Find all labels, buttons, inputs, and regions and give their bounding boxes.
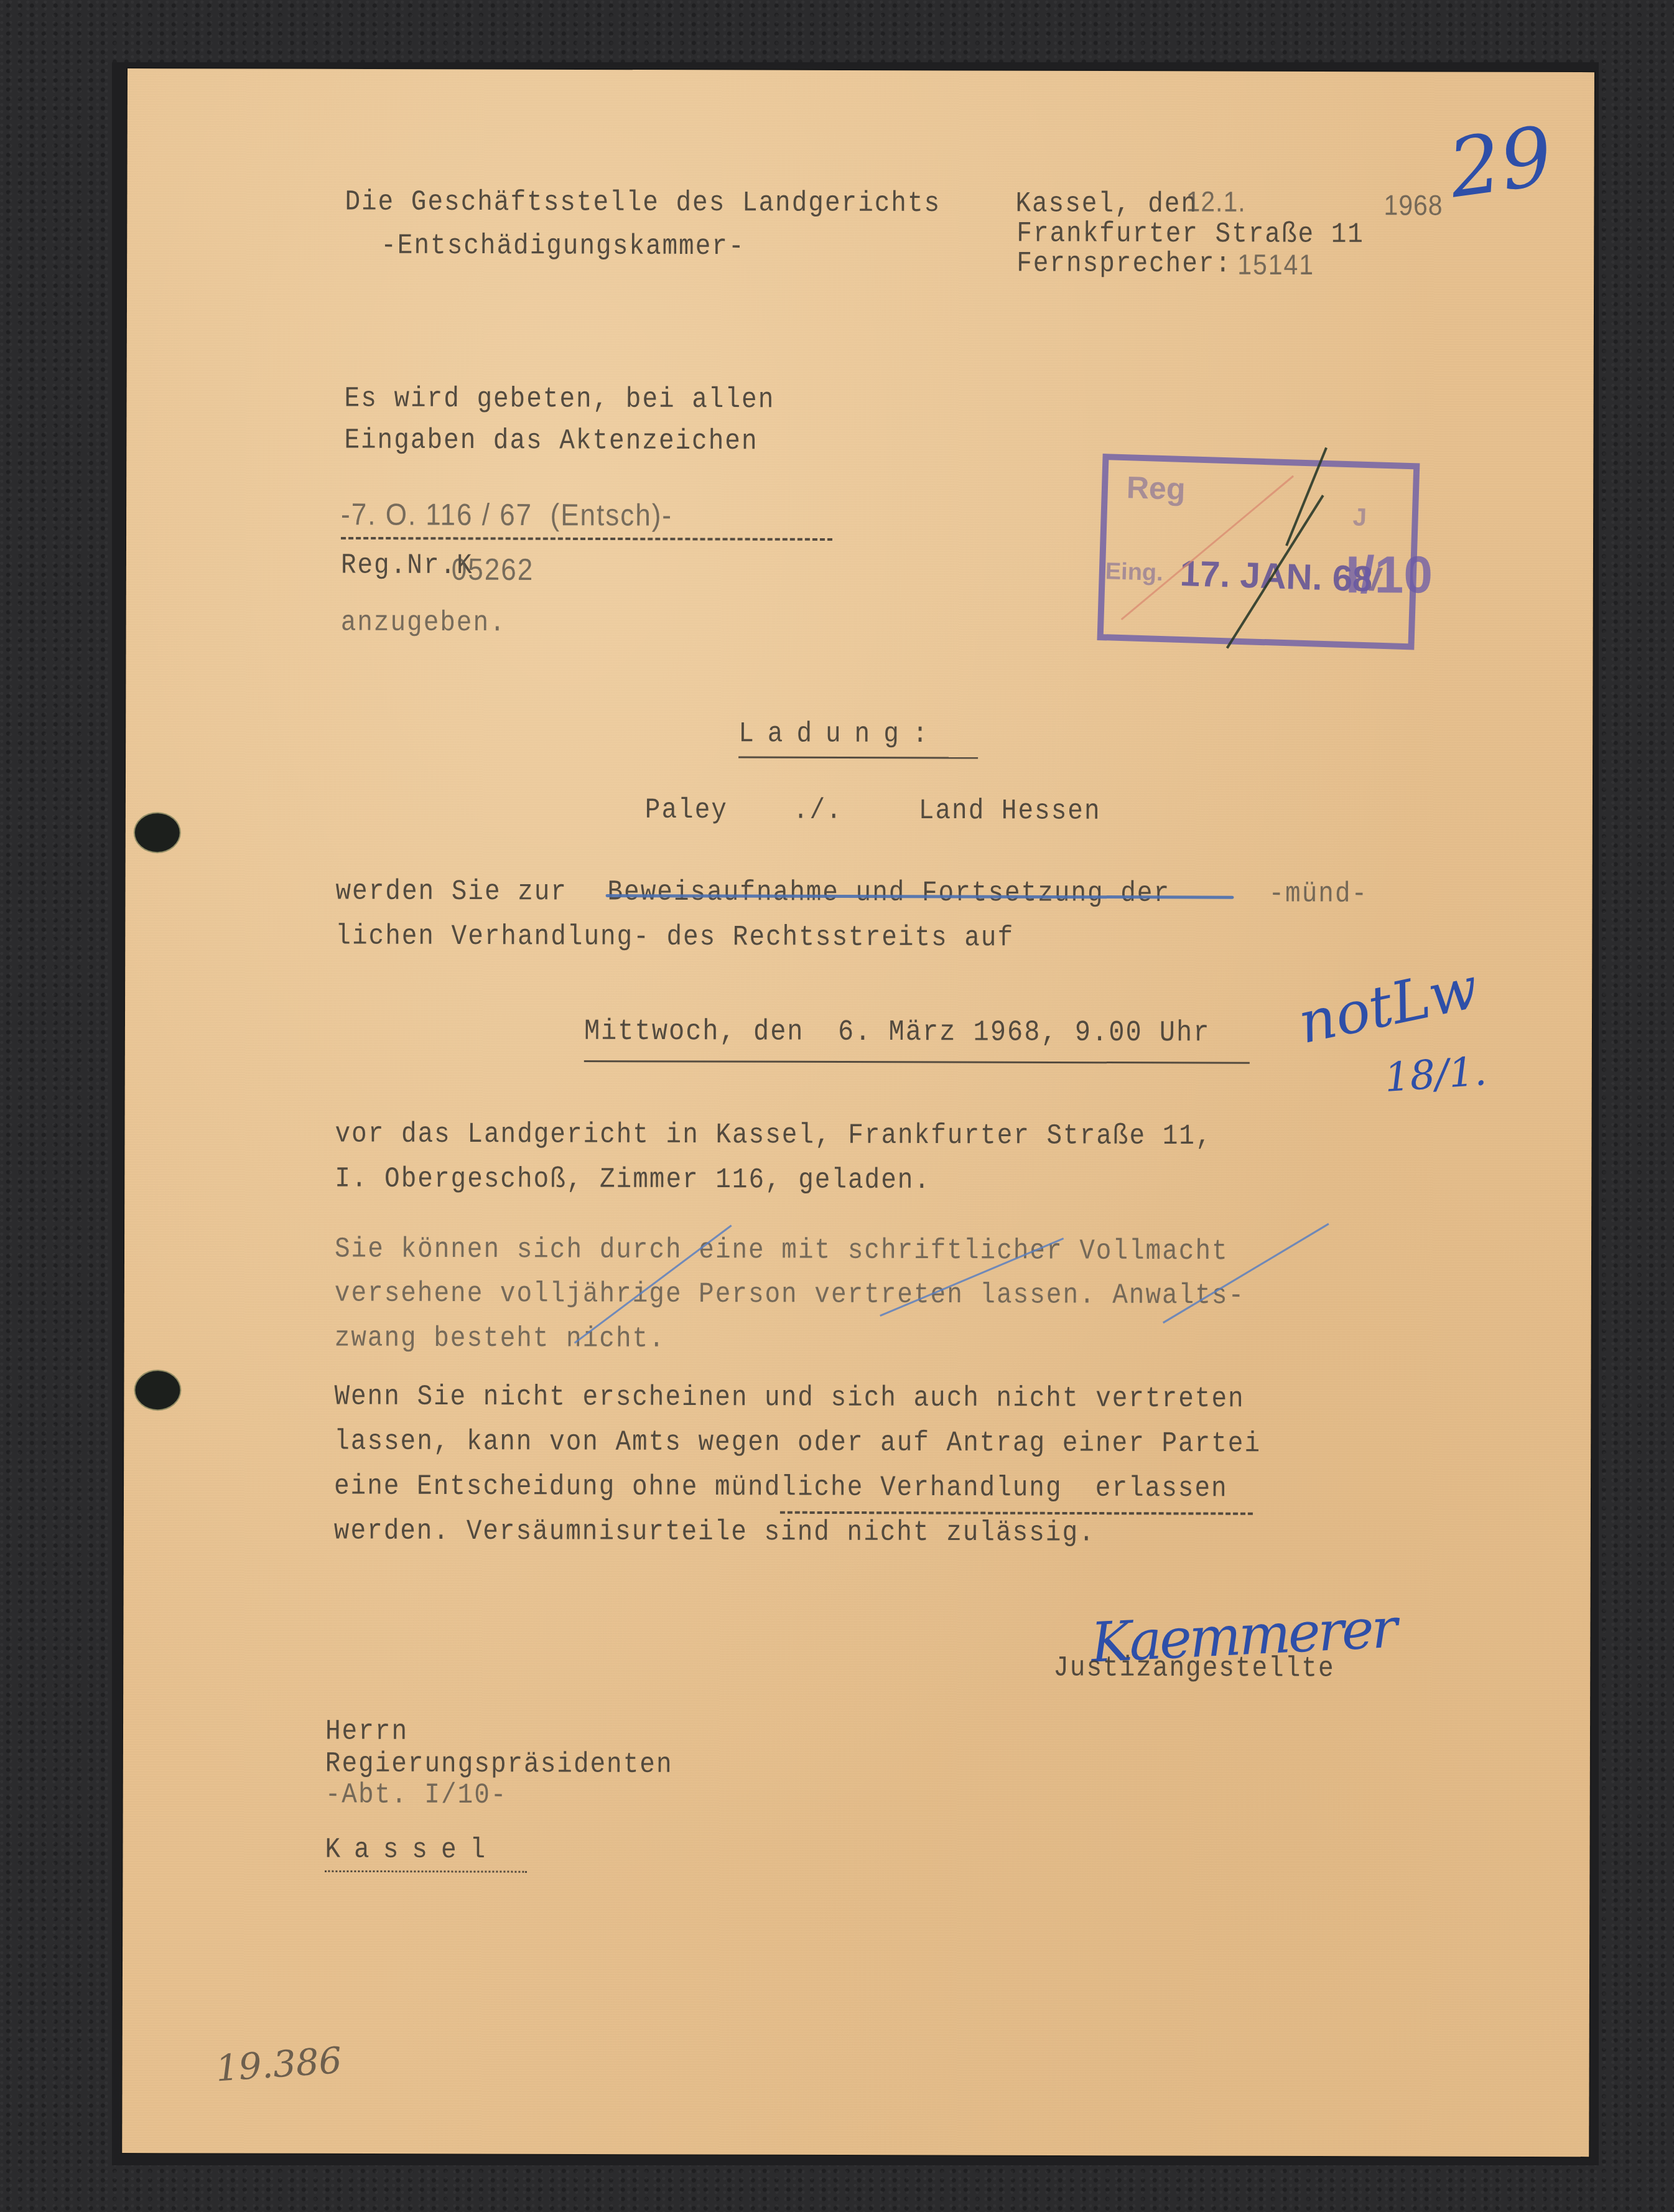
oral-hearing-underline xyxy=(780,1511,1253,1515)
punch-hole-bottom xyxy=(135,1371,180,1409)
file-number: -7. O. 116 / 67 (Entsch)- xyxy=(341,500,672,531)
hearing-datetime: Mittwoch, den 6. März 1968, 9.00 Uhr xyxy=(584,1017,1211,1048)
representation-line1: Sie können sich durch eine mit schriftli… xyxy=(335,1236,1229,1267)
phone-label: Fernsprecher: xyxy=(1016,250,1232,279)
addressee-salutation: Herrn xyxy=(325,1718,408,1747)
reference-instruction-end: anzugeben. xyxy=(341,609,506,638)
pencil-note: 19.386 xyxy=(215,2042,343,2086)
folio-number: 29 xyxy=(1444,115,1558,209)
addressee-name: Regierungspräsidenten xyxy=(325,1750,673,1780)
reference-instruction-line2: Eingaben das Aktenzeichen xyxy=(344,427,758,457)
representation-line3: zwang besteht nicht. xyxy=(335,1325,666,1354)
year: 1968 xyxy=(1383,191,1443,220)
signatory-title: Justizangestellte xyxy=(1053,1654,1334,1684)
document-title: Ladung: xyxy=(738,721,941,750)
reference-instruction-line1: Es wird gebeten, bei allen xyxy=(345,385,775,415)
default-line4: werden. Versäumnisurteile sind nicht zul… xyxy=(334,1518,1095,1548)
summons-struck-text: Beweisaufnahme und Fortsetzung der xyxy=(607,879,1170,908)
summons-line1-end: -münd- xyxy=(1268,880,1368,909)
phone-number: 15141 xyxy=(1237,251,1314,279)
handwritten-annotation: notLw xyxy=(1294,959,1483,1052)
title-underline xyxy=(738,757,978,759)
hearing-underline xyxy=(584,1060,1250,1064)
summons-line2: lichen Verhandlung- des Rechtsstreits au… xyxy=(335,923,1014,953)
location-line1: vor das Landgericht in Kassel, Frankfurt… xyxy=(335,1121,1212,1152)
punch-hole-top xyxy=(135,813,180,852)
stamp-top-right-mark: J xyxy=(1352,505,1367,530)
department-stamp: I/10 xyxy=(1346,544,1433,605)
representation-line2: versehene volljährige Person vertreten l… xyxy=(335,1280,1245,1311)
default-line2: lassen, kann von Amts wegen oder auf Ant… xyxy=(334,1428,1261,1459)
sender-line: Die Geschäftsstelle des Landgerichts xyxy=(345,189,941,218)
addressee-city: Kassel xyxy=(325,1836,499,1865)
court-address: Frankfurter Straße 11 xyxy=(1016,220,1364,250)
typed-date: 12.1. xyxy=(1186,187,1245,216)
stamp-label: Eing. xyxy=(1105,559,1163,585)
summons-line1-start: werden Sie zur xyxy=(335,878,567,907)
default-line1: Wenn Sie nicht erscheinen und sich auch … xyxy=(334,1383,1244,1414)
file-number-underline xyxy=(341,537,832,541)
defendant: Land Hessen xyxy=(919,797,1101,826)
location-line2: I. Obergeschoß, Zimmer 116, geladen. xyxy=(335,1165,931,1195)
stamp-date: 17. JAN. 68 xyxy=(1179,556,1373,597)
place-date-prefix: Kassel, den xyxy=(1015,190,1197,220)
plaintiff: Paley xyxy=(645,796,728,825)
stamp-top-text: Reg xyxy=(1126,472,1186,505)
department-heading: -Entschädigungskammer- xyxy=(381,232,745,261)
addressee-department: -Abt. I/10- xyxy=(325,1781,508,1811)
document-page: Die Geschäftsstelle des Landgerichts Kas… xyxy=(122,68,1594,2157)
parties-separator: ./. xyxy=(793,797,843,826)
reg-number: 05262 xyxy=(452,554,534,586)
city-underline xyxy=(325,1870,527,1873)
handwritten-date-annotation: 18/1. xyxy=(1383,1052,1488,1098)
default-line3: eine Entscheidung ohne mündliche Verhand… xyxy=(334,1473,1228,1504)
